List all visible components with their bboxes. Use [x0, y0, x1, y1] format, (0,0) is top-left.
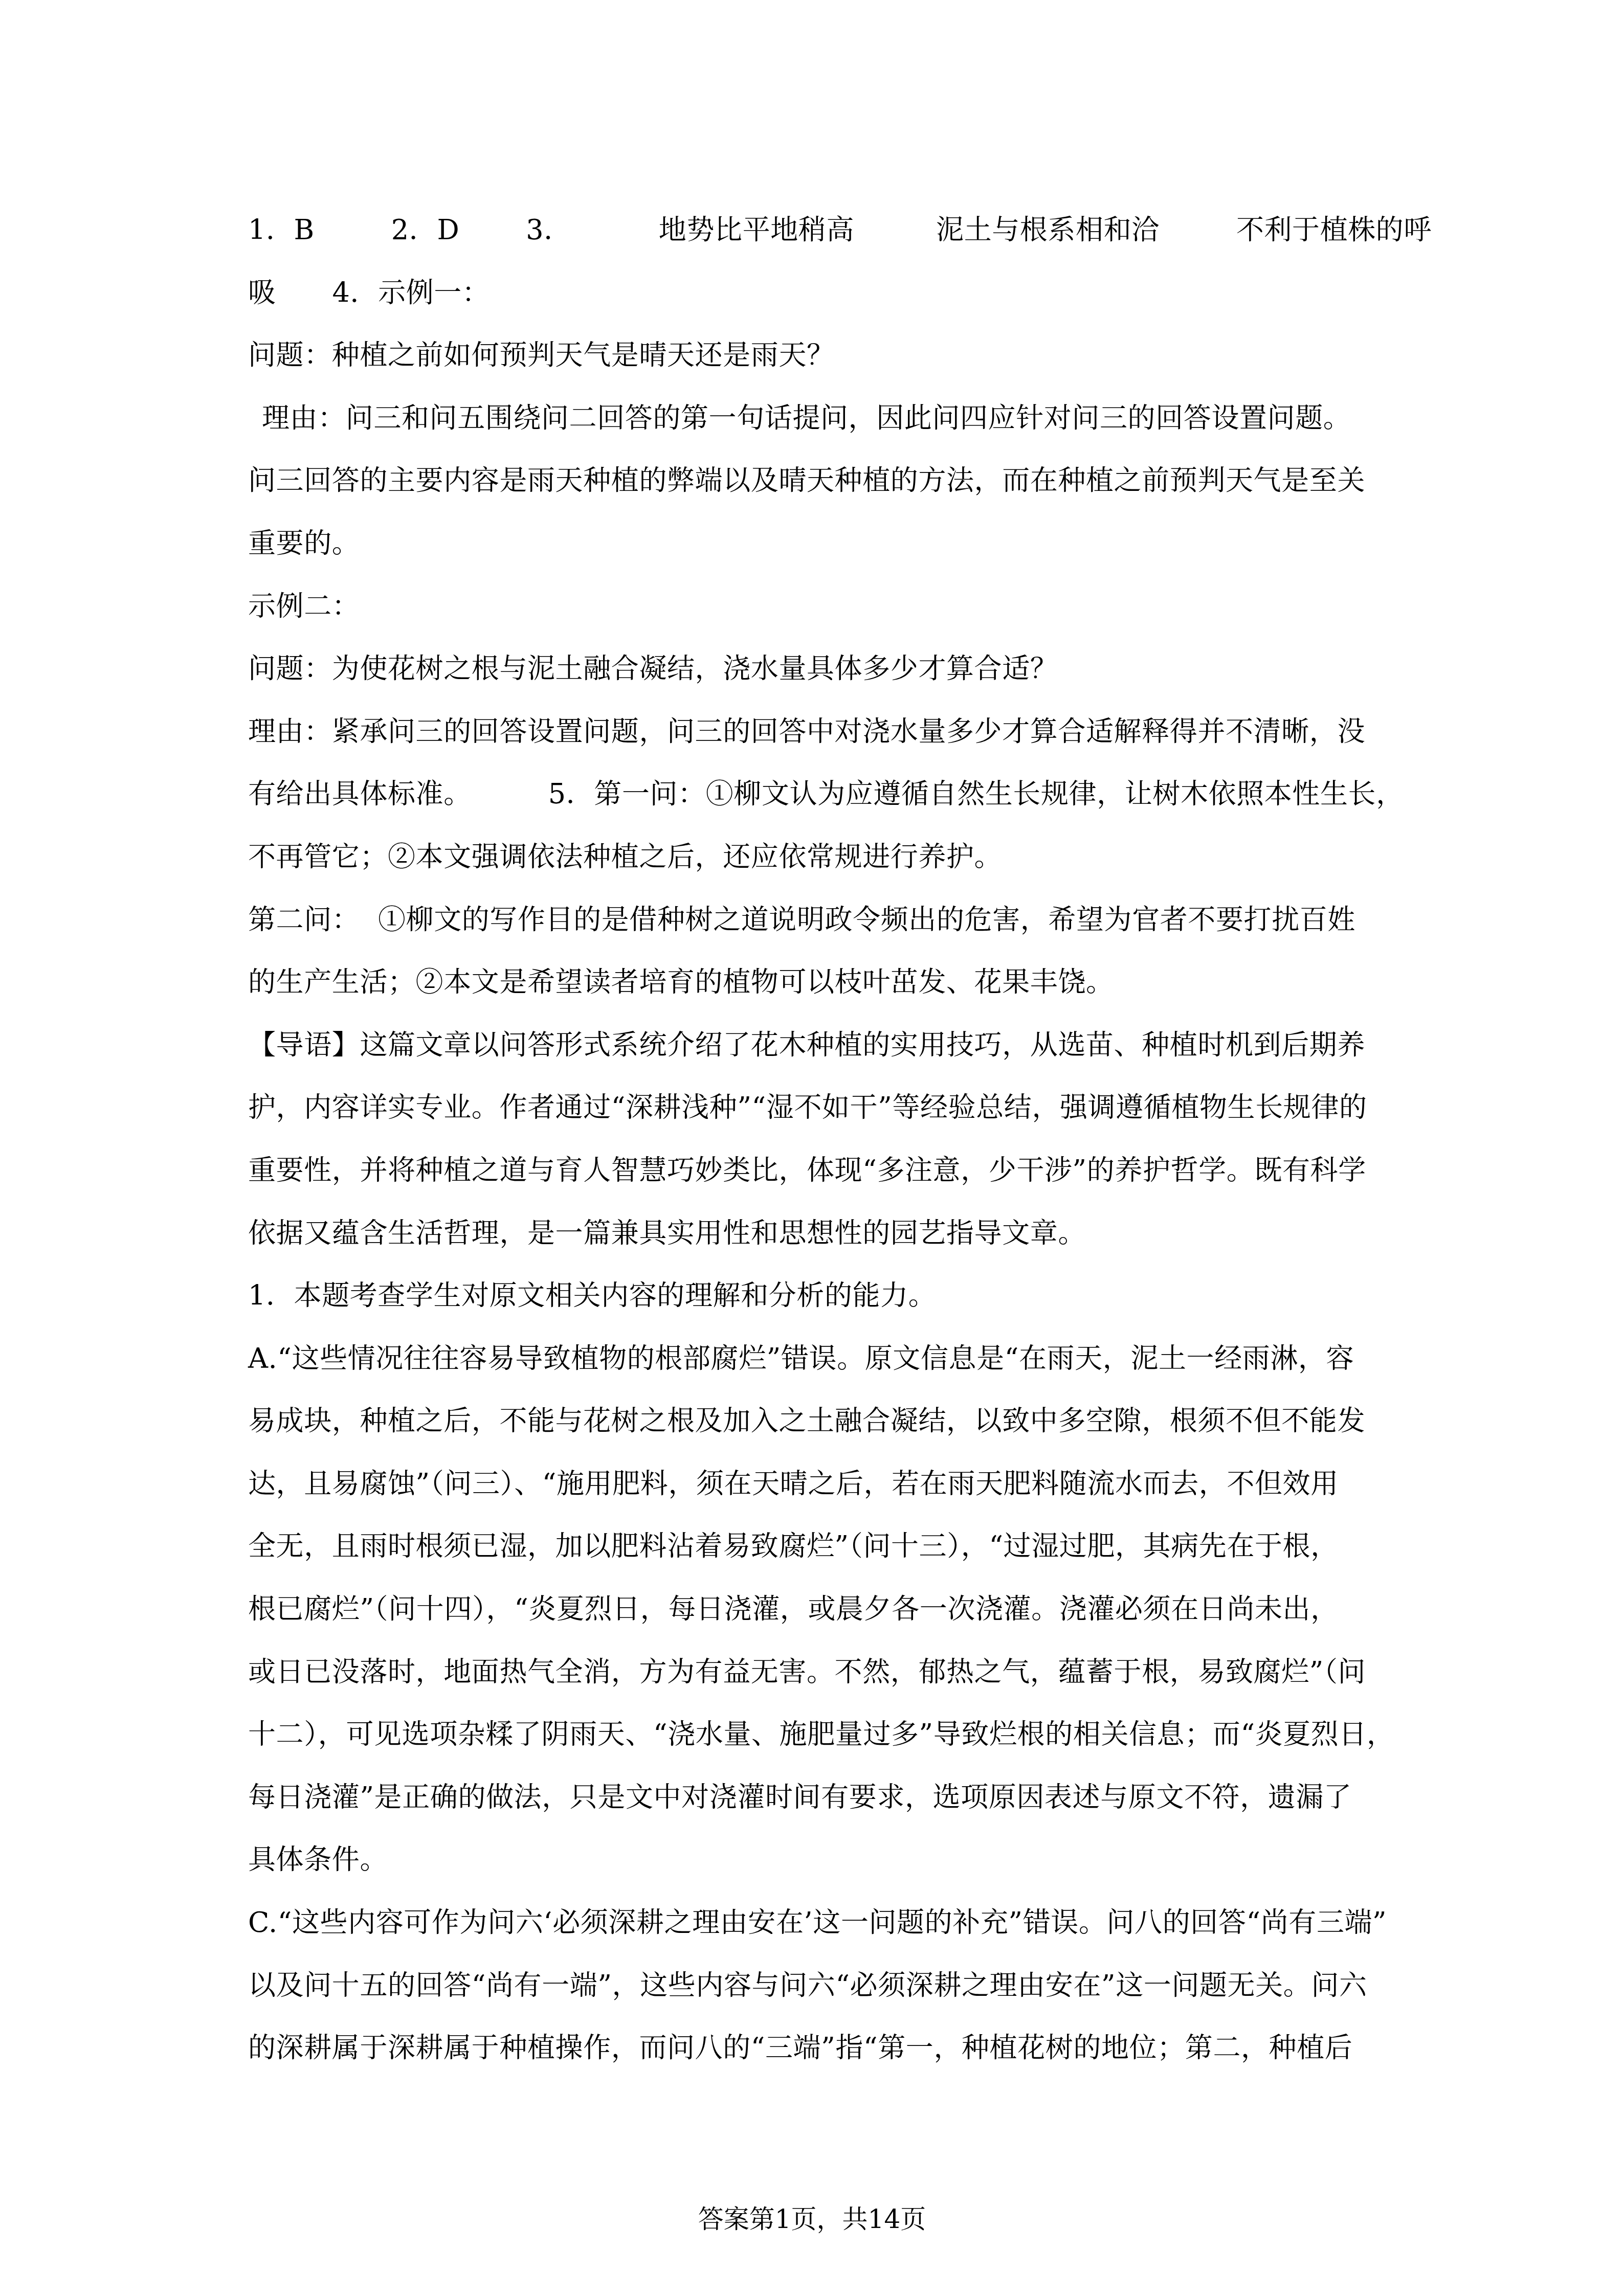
text-line: 的深耕属于深耕属于种植操作，而问八的“三端”指“第一，种植花树的地位；第二，种植… [248, 2017, 1378, 2080]
text-line: 示例二： [248, 575, 1378, 638]
text-line: 理由：问三和问五围绕问二回答的第一句话提问，因此问四应针对问三的回答设置问题。 [248, 387, 1378, 450]
text-line: 问三回答的主要内容是雨天种植的弊端以及晴天种植的方法，而在种植之前预判天气是至关 [248, 449, 1378, 512]
answer-content: 1．B2．D3．地势比平地稍高泥土与根系相和洽不利于植株的呼 吸4．示例一： 问… [248, 199, 1378, 2080]
answers-line-2: 吸4．示例一： [248, 262, 1378, 325]
text-line: 全无，且雨时根须已湿，加以肥料沾着易致腐烂”（问十三），“过湿过肥，其病先在于根… [248, 1515, 1378, 1578]
text-line: A.“这些情况往往容易导致植物的根部腐烂”错误。原文信息是“在雨天，泥土一经雨淋… [248, 1327, 1378, 1390]
answer-q2: 2．D [391, 214, 459, 246]
intro-heading-line: 【导语】这篇文章以问答形式系统介绍了花木种植的实用技巧，从选苗、种植时机到后期养 [248, 1014, 1378, 1077]
text-line: 问题：种植之前如何预判天气是晴天还是雨天？ [248, 324, 1378, 387]
answers-line: 1．B2．D3．地势比平地稍高泥土与根系相和洽不利于植株的呼 [248, 199, 1378, 262]
answer-q4-label: 4．示例一： [332, 277, 490, 309]
text-line: 每日浇灌”是正确的做法，只是文中对浇灌时间有要求，选项原因表述与原文不符，遗漏了 [248, 1766, 1378, 1829]
answer-q5-part1: 5．第一问：①柳文认为应遵循自然生长规律，让树木依照本性生长， [548, 778, 1404, 810]
text-line: 不再管它；②本文强调依法种植之后，还应依常规进行养护。 [248, 826, 1378, 889]
text-line: 以及问十五的回答“尚有一端”，这些内容与问六“必须深耕之理由安在”这一问题无关。… [248, 1954, 1378, 2017]
text-line-with-q5: 有给出具体标准。5．第一问：①柳文认为应遵循自然生长规律，让树木依照本性生长， [248, 763, 1378, 826]
text-line: 依据又蕴含生活哲理，是一篇兼具实用性和思想性的园艺指导文章。 [248, 1202, 1378, 1265]
text-line: 具体条件。 [248, 1829, 1378, 1892]
text-line: 1．本题考查学生对原文相关内容的理解和分析的能力。 [248, 1265, 1378, 1327]
text-line: 的生产生活；②本文是希望读者培育的植物可以枝叶茁发、花果丰饶。 [248, 951, 1378, 1014]
answer-q3: 3． [526, 214, 572, 246]
text-line: 吸 [248, 277, 276, 309]
text-segment: 有给出具体标准。 [248, 778, 472, 810]
text-line: 十二），可见选项杂糅了阴雨天、“浇水量、施肥量过多”导致烂根的相关信息；而“炎夏… [248, 1703, 1378, 1766]
answer-q3-blank3: 不利于植株的呼 [1236, 214, 1432, 246]
text-line: 理由：紧承问三的回答设置问题，问三的回答中对浇水量多少才算合适解释得并不清晰，没 [248, 701, 1378, 763]
document-page: 1．B2．D3．地势比平地稍高泥土与根系相和洽不利于植株的呼 吸4．示例一： 问… [0, 0, 1624, 2296]
text-line: 重要的。 [248, 512, 1378, 575]
text-line: 第二问： ①柳文的写作目的是借种树之道说明政令频出的危害，希望为官者不要打扰百姓 [248, 889, 1378, 952]
answer-q3-blank2: 泥土与根系相和洽 [936, 214, 1160, 246]
text-line: 根已腐烂”（问十四），“炎夏烈日，每日浇灌，或晨夕各一次浇灌。浇灌必须在日尚未出… [248, 1578, 1378, 1641]
text-line: C.“这些内容可作为问六‘必须深耕之理由安在’这一问题的补充”错误。问八的回答“… [248, 1892, 1378, 1954]
answer-q3-blank1: 地势比平地稍高 [659, 214, 854, 246]
text-line: 易成块，种植之后，不能与花树之根及加入之土融合凝结，以致中多空隙，根须不但不能发 [248, 1390, 1378, 1453]
text-line: 问题：为使花树之根与泥土融合凝结，浇水量具体多少才算合适？ [248, 638, 1378, 701]
answer-q1: 1．B [248, 214, 315, 246]
page-footer: 答案第1页，共14页 [0, 2201, 1624, 2237]
text-line: 重要性，并将种植之道与育人智慧巧妙类比，体现“多注意，少干涉”的养护哲学。既有科… [248, 1139, 1378, 1202]
text-line: 达，且易腐蚀”（问三）、“施用肥料，须在天晴之后，若在雨天肥料随流水而去，不但效… [248, 1453, 1378, 1516]
text-line: 护，内容详实专业。作者通过“深耕浅种”“湿不如干”等经验总结，强调遵循植物生长规… [248, 1076, 1378, 1139]
text-line: 或日已没落时，地面热气全消，方为有益无害。不然，郁热之气，蕴蓄于根，易致腐烂”（… [248, 1641, 1378, 1704]
